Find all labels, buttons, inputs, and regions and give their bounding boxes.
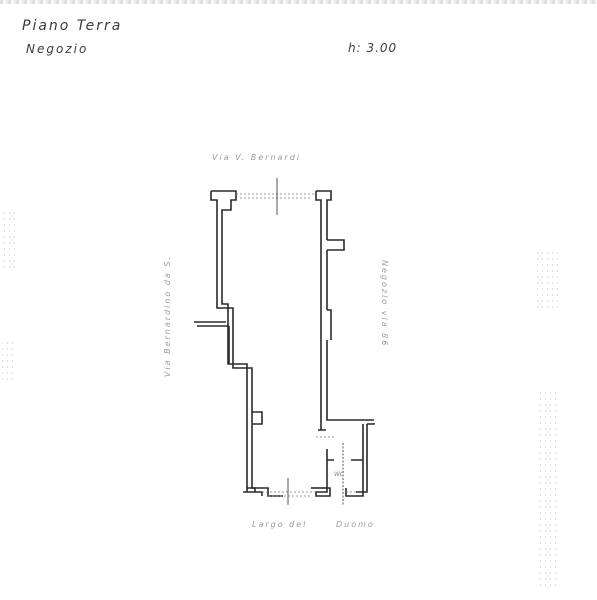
wall-top-right-pier xyxy=(316,191,331,240)
dashline-top-opening xyxy=(236,194,316,198)
wall-right xyxy=(327,250,374,420)
wall-left-corridor xyxy=(194,322,229,326)
floor-plan: WC xyxy=(0,0,597,600)
wall-bottom-left-pier xyxy=(243,488,262,496)
scan-noise xyxy=(0,340,14,380)
wc-label: WC xyxy=(334,471,345,478)
scan-noise xyxy=(2,210,16,270)
wall-left-upper xyxy=(217,210,283,496)
wall-top-left-pier xyxy=(211,191,236,213)
scan-noise xyxy=(535,250,560,310)
scan-noise xyxy=(538,390,558,590)
